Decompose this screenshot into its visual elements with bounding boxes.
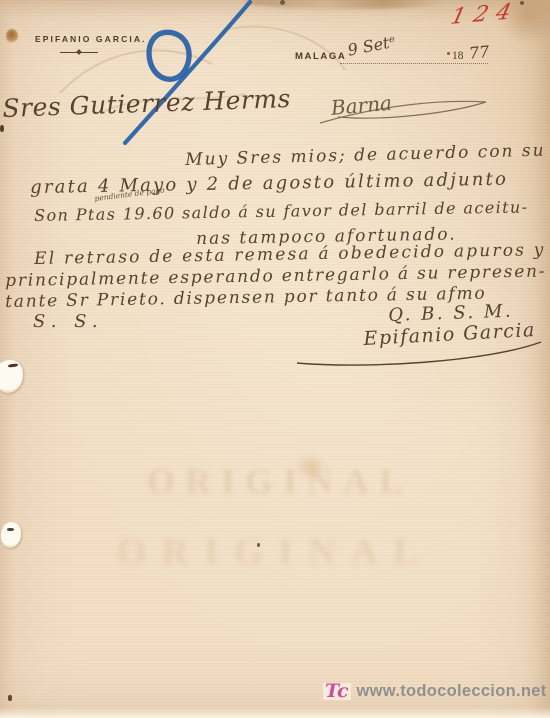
ghost-text-row: ORIGINAL — [40, 530, 510, 574]
edge-speck — [0, 125, 4, 132]
recipient-location-flourish — [318, 90, 493, 132]
todocoleccion-logo: Tc — [323, 683, 351, 700]
bottom-speck — [8, 695, 12, 701]
letter-scan: EPIFANIO GARCIA. 124 MALAGA 9 Setᵉ 18 77… — [0, 0, 550, 718]
paper-hole — [0, 360, 23, 393]
dateline-place: MALAGA — [295, 51, 346, 62]
letterhead-blot — [6, 29, 18, 43]
scan-bottom-edge — [0, 707, 550, 718]
dateline-century: 18 — [452, 50, 464, 62]
site-watermark: Tc www.todocoleccion.net — [323, 682, 546, 701]
blue-pencil-mark — [95, 0, 260, 150]
folio-number: 124 — [448, 0, 522, 30]
paper-hole — [1, 522, 21, 548]
ghost-text-row: ORIGINAL — [90, 460, 470, 502]
dark-speck — [280, 0, 285, 5]
watermark-url: www.todocoleccion.net — [357, 682, 547, 701]
dateline-year: 77 — [468, 42, 490, 63]
signature-flourish — [295, 338, 545, 368]
closing-left: S. S. — [33, 311, 104, 332]
body-line: Son Ptas 19.60 saldo á su favor del barr… — [34, 197, 529, 225]
